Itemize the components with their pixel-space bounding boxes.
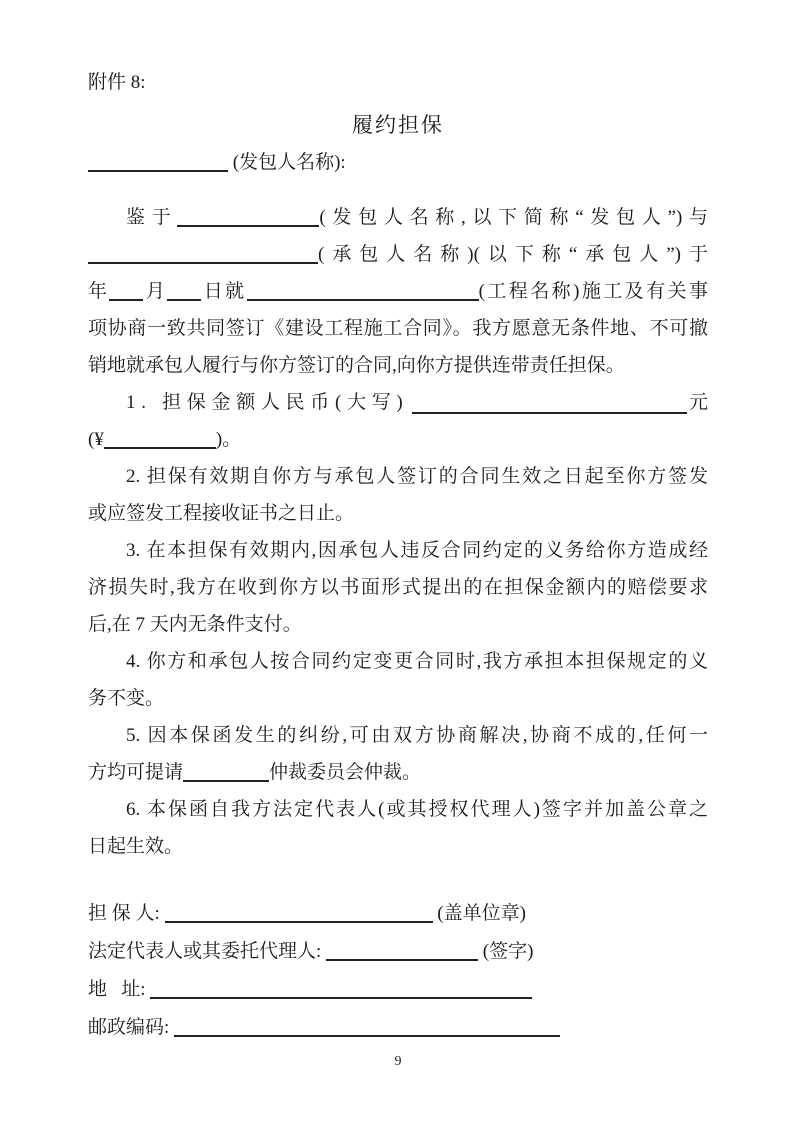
item1-currency-close: )。: [216, 429, 241, 450]
guarantor-label: 担 保 人:: [88, 903, 160, 924]
attachment-label: 附件 8:: [88, 64, 708, 101]
item1-unit: 元: [689, 384, 708, 421]
intro-l3-year: 年: [88, 281, 109, 302]
intro-l1-pre: 鉴于: [126, 207, 177, 228]
blank-representative-signature: [326, 940, 478, 961]
intro-line-5: 销地就承包人履行与你方签订的合同,向你方提供连带责任担保。: [88, 347, 708, 384]
representative-line: 法定代表人或其委托代理人: (签字): [88, 933, 708, 971]
item1-text: 1. 担保金额人民币(大写): [126, 384, 408, 421]
item4-line-1: 4. 你方和承包人按合同约定变更合同时,我方承担本担保规定的义: [88, 643, 708, 680]
blank-guarantor-name: [165, 902, 433, 923]
blank-address: [150, 978, 532, 999]
item4-line-2: 务不变。: [88, 680, 708, 717]
intro-line-4: 项协商一致共同签订《建设工程施工合同》。我方愿意无条件地、不可撤: [88, 310, 708, 347]
intro-l3-month: 月: [143, 281, 167, 302]
guarantee-items: 1. 担保金额人民币(大写) 元 (¥)。 2. 担保有效期自你方与承包人签订的…: [88, 384, 708, 865]
item3-line-3: 后,在 7 天内无条件支付。: [88, 606, 708, 643]
item6-line-2: 日起生效。: [88, 828, 708, 865]
postcode-line: 邮政编码:: [88, 1009, 708, 1047]
signature-block: 担 保 人: (盖单位章) 法定代表人或其委托代理人: (签字) 地 址: 邮政…: [88, 895, 708, 1047]
intro-line-3: 年月日就(工程名称)施工及有关事: [88, 273, 708, 310]
item2-line-2: 或应签发工程接收证书之日止。: [88, 495, 708, 532]
blank-arbitration-commission: [183, 761, 269, 782]
document-title: 履约担保: [88, 107, 708, 144]
intro-l2-post: (承包人名称)(以下称“承包人”)于: [318, 244, 708, 265]
blank-project-name: [247, 280, 479, 301]
addressee-suffix: (发包人名称):: [233, 152, 346, 173]
intro-l1-post: (发包人名称,以下简称“发包人”)与: [319, 207, 708, 228]
blank-amount-figures: [104, 428, 216, 449]
item3-line-1: 3. 在本担保有效期内,因承包人违反合同约定的义务给你方造成经: [88, 532, 708, 569]
blank-year: [109, 280, 143, 301]
item5-line-1: 5. 因本保函发生的纠纷,可由双方协商解决,协商不成的,任何一: [88, 717, 708, 754]
item1-line-2: (¥)。: [88, 421, 708, 458]
blank-contractor-name: [88, 243, 318, 264]
blank-month: [167, 280, 201, 301]
item5-l2-pre: 方均可提请: [88, 762, 183, 783]
blank-addressee: [88, 151, 228, 172]
item1-currency-open: (¥: [88, 429, 104, 450]
item5-line-2: 方均可提请仲裁委员会仲裁。: [88, 754, 708, 791]
blank-postcode: [174, 1016, 560, 1037]
item5-l2-post: 仲裁委员会仲裁。: [269, 762, 421, 783]
item2-line-1: 2. 担保有效期自你方与承包人签订的合同生效之日起至你方签发: [88, 458, 708, 495]
intro-line-2: (承包人名称)(以下称“承包人”)于: [88, 236, 708, 273]
guarantor-suffix: (盖单位章): [437, 903, 526, 924]
intro-line-1: 鉴于(发包人名称,以下简称“发包人”)与: [88, 199, 708, 236]
document-page: 附件 8: 履约担保 (发包人名称): 鉴于(发包人名称,以下简称“发包人”)与…: [0, 0, 794, 1122]
intro-paragraph: 鉴于(发包人名称,以下简称“发包人”)与 (承包人名称)(以下称“承包人”)于 …: [88, 199, 708, 384]
postcode-label: 邮政编码:: [88, 1017, 169, 1038]
addressee-line: (发包人名称):: [88, 144, 708, 181]
item6-line-1: 6. 本保函自我方法定代表人(或其授权代理人)签字并加盖公章之: [88, 791, 708, 828]
guarantor-line: 担 保 人: (盖单位章): [88, 895, 708, 933]
blank-amount-words: [412, 411, 687, 414]
representative-label: 法定代表人或其委托代理人:: [88, 941, 321, 962]
item3-line-2: 济损失时,我方在收到你方以书面形式提出的在担保金额内的赔偿要求: [88, 569, 708, 606]
address-label: 地 址:: [88, 979, 146, 1000]
representative-suffix: (签字): [483, 941, 534, 962]
page-number: 9: [88, 1053, 708, 1071]
item1-line-1: 1. 担保金额人民币(大写) 元: [88, 384, 708, 421]
address-line: 地 址:: [88, 971, 708, 1009]
intro-l3-day: 日就: [201, 281, 246, 302]
blank-employer-name: [177, 206, 319, 227]
intro-l3-post: (工程名称)施工及有关事: [479, 281, 708, 302]
